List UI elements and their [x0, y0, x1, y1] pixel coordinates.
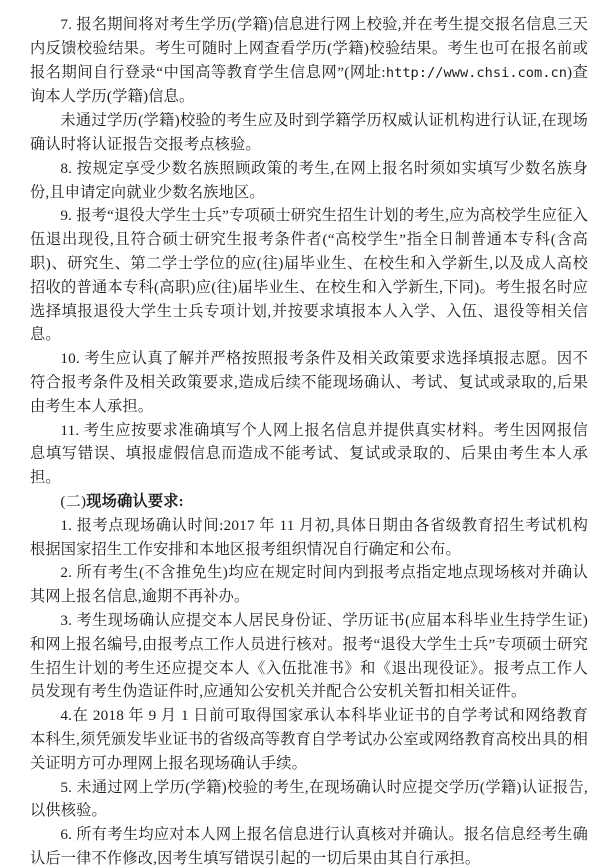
- section-heading-prefix: (二): [60, 493, 86, 510]
- document-page: 7. 报名期间将对考生学历(学籍)信息进行网上校验,并在考生提交报名信息三天内反…: [0, 0, 616, 865]
- paragraph-7: 7. 报名期间将对考生学历(学籍)信息进行网上校验,并在考生提交报名信息三天内反…: [30, 13, 588, 109]
- confirmation-item-3: 3. 考生现场确认应提交本人居民身份证、学历证书(应届本科毕业生持学生证)和网上…: [30, 609, 588, 704]
- confirmation-item-5: 5. 未通过网上学历(学籍)校验的考生,在现场确认时应提交学历(学籍)认证报告,…: [30, 776, 588, 824]
- section-heading-title: 现场确认要求:: [86, 493, 184, 510]
- paragraph-11: 11. 考生应按要求准确填写个人网上报名信息并提供真实材料。考生因网报信息填写错…: [30, 419, 588, 490]
- paragraph-10: 10. 考生应认真了解并严格按照报考条件及相关政策要求选择填报志愿。因不符合报考…: [30, 347, 588, 418]
- section-heading: (二)现场确认要求:: [30, 490, 588, 514]
- paragraph-9: 9. 报考“退役大学生士兵”专项硕士研究生招生计划的考生,应为高校学生应征入伍退…: [30, 204, 588, 347]
- confirmation-item-6: 6. 所有考生均应对本人网上报名信息进行认真核对并确认。报名信息经考生确认后一律…: [30, 823, 588, 865]
- confirmation-item-4: 4.在 2018 年 9 月 1 日前可取得国家承认本科毕业证书的自学考试和网络…: [30, 704, 588, 775]
- confirmation-item-1: 1. 报考点现场确认时间:2017 年 11 月初,具体日期由各省级教育招生考试…: [30, 514, 588, 562]
- paragraph-8: 8. 按规定享受少数名族照顾政策的考生,在网上报名时须如实填写少数名族身份,且申…: [30, 157, 588, 205]
- paragraph-verification-note: 未通过学历(学籍)校验的考生应及时到学籍学历权威认证机构进行认证,在现场确认时将…: [30, 109, 588, 157]
- confirmation-item-2: 2. 所有考生(不含推免生)均应在规定时间内到报考点指定地点现场核对并确认其网上…: [30, 561, 588, 609]
- chsi-url-text: http://www.chsi.com.cn: [386, 65, 567, 81]
